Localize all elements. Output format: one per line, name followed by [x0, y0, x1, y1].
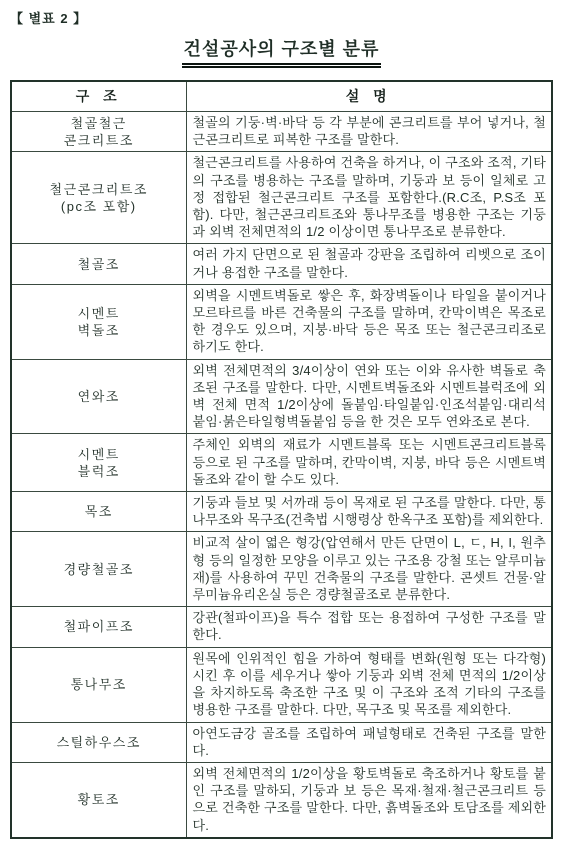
page-title: 건설공사의 구조별 분류 — [182, 35, 382, 68]
table-row: 철근콘크리트조 (pc조 포함) 철근콘크리트를 사용하여 건축을 하거나, 이… — [11, 152, 552, 244]
structure-description-cell: 강관(철파이프)을 특수 접합 또는 용접하여 구성한 구조를 말한다. — [186, 607, 552, 647]
structure-name-cell: 스틸하우스조 — [11, 722, 186, 762]
structure-classification-table: 구 조 설 명 철골철근 콘크리트조 철골의 기둥·벽·바닥 등 각 부분에 콘… — [10, 80, 553, 839]
table-row: 경량철골조 비교적 살이 엷은 형강(압연해서 만든 단면이 L, ㄷ, H, … — [11, 532, 552, 607]
structure-description-cell: 비교적 살이 엷은 형강(압연해서 만든 단면이 L, ㄷ, H, I, 원추형… — [186, 532, 552, 607]
structure-name-cell: 철근콘크리트조 (pc조 포함) — [11, 152, 186, 244]
header-row: 구 조 설 명 — [11, 81, 552, 112]
structure-name-cell: 연와조 — [11, 359, 186, 434]
structure-description-cell: 주체인 외벽의 재료가 시멘트블록 또는 시멘트콘크리트블록 등으로 된 구조를… — [186, 434, 552, 492]
structure-name-cell: 철파이프조 — [11, 607, 186, 647]
table-row: 연와조 외벽 전체면적의 3/4이상이 연와 또는 이와 유사한 벽돌로 축조된… — [11, 359, 552, 434]
document-page: 【 별표 2 】 건설공사의 구조별 분류 구 조 설 명 철골철근 콘크리트조… — [0, 0, 563, 839]
table-row: 철파이프조 강관(철파이프)을 특수 접합 또는 용접하여 구성한 구조를 말한… — [11, 607, 552, 647]
title-wrap: 건설공사의 구조별 분류 — [10, 35, 553, 68]
structure-name-cell: 시멘트 블럭조 — [11, 434, 186, 492]
table-row: 시멘트 벽돌조 외벽을 시멘트벽돌로 쌓은 후, 화장벽돌이나 타일을 붙이거나… — [11, 284, 552, 359]
structure-name-cell: 목조 — [11, 492, 186, 532]
structure-description-cell: 외벽 전체면적의 1/2이상을 황토벽돌로 축조하거나 황토를 붙인 구조를 말… — [186, 762, 552, 837]
table-row: 황토조 외벽 전체면적의 1/2이상을 황토벽돌로 축조하거나 황토를 붙인 구… — [11, 762, 552, 837]
structure-name-cell: 철골철근 콘크리트조 — [11, 112, 186, 152]
structure-name-cell: 시멘트 벽돌조 — [11, 284, 186, 359]
structure-description-cell: 아연도금강 골조를 조립하여 패널형태로 건축된 구조를 말한다. — [186, 722, 552, 762]
structure-description-cell: 철근콘크리트를 사용하여 건축을 하거나, 이 구조와 조적, 기타의 구조를 … — [186, 152, 552, 244]
doc-tag: 【 별표 2 】 — [10, 6, 553, 27]
structure-description-cell: 외벽을 시멘트벽돌로 쌓은 후, 화장벽돌이나 타일을 붙이거나 모르타르를 바… — [186, 284, 552, 359]
table-row: 통나무조 원목에 인위적인 힘을 가하여 형태를 변화(원형 또는 다각형) 시… — [11, 647, 552, 722]
structure-description-cell: 기둥과 들보 및 서까래 등이 목재로 된 구조를 말한다. 다만, 통나무조와… — [186, 492, 552, 532]
structure-name-cell: 통나무조 — [11, 647, 186, 722]
structure-name-cell: 경량철골조 — [11, 532, 186, 607]
table-row: 시멘트 블럭조 주체인 외벽의 재료가 시멘트블록 또는 시멘트콘크리트블록 등… — [11, 434, 552, 492]
structure-name-cell: 철골조 — [11, 244, 186, 284]
table-row: 철골철근 콘크리트조 철골의 기둥·벽·바닥 등 각 부분에 콘크리트를 부어 … — [11, 112, 552, 152]
table-row: 스틸하우스조 아연도금강 골조를 조립하여 패널형태로 건축된 구조를 말한다. — [11, 722, 552, 762]
column-header-description: 설 명 — [186, 81, 552, 112]
column-header-structure: 구 조 — [11, 81, 186, 112]
table-body: 철골철근 콘크리트조 철골의 기둥·벽·바닥 등 각 부분에 콘크리트를 부어 … — [11, 112, 552, 838]
structure-description-cell: 철골의 기둥·벽·바닥 등 각 부분에 콘크리트를 부어 넣거나, 철근콘크리트… — [186, 112, 552, 152]
table-row: 목조 기둥과 들보 및 서까래 등이 목재로 된 구조를 말한다. 다만, 통나… — [11, 492, 552, 532]
structure-description-cell: 원목에 인위적인 힘을 가하여 형태를 변화(원형 또는 다각형) 시킨 후 이… — [186, 647, 552, 722]
structure-description-cell: 여러 가지 단면으로 된 철골과 강판을 조립하여 리벳으로 조이거나 용접한 … — [186, 244, 552, 284]
structure-description-cell: 외벽 전체면적의 3/4이상이 연와 또는 이와 유사한 벽돌로 축조된 구조를… — [186, 359, 552, 434]
table-row: 철골조 여러 가지 단면으로 된 철골과 강판을 조립하여 리벳으로 조이거나 … — [11, 244, 552, 284]
table-header: 구 조 설 명 — [11, 81, 552, 112]
structure-name-cell: 황토조 — [11, 762, 186, 837]
